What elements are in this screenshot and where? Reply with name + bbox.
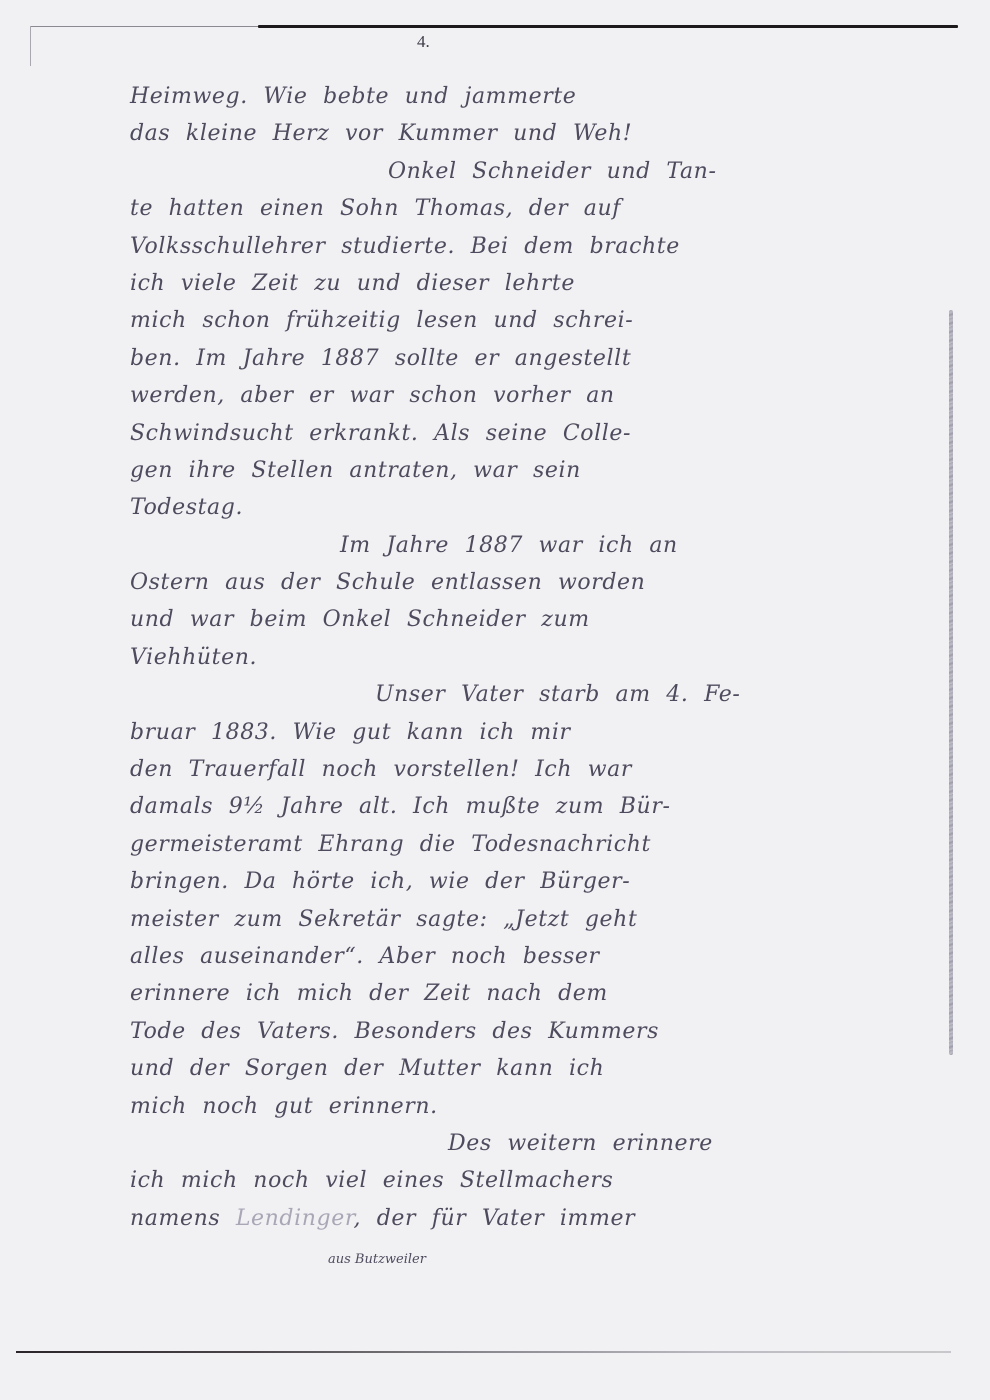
text-line: gen ihre Stellen antraten, war sein: [130, 452, 860, 489]
text-line: den Trauerfall noch vorstellen! Ich war: [130, 751, 860, 788]
text-line: erinnere ich mich der Zeit nach dem: [130, 975, 860, 1012]
text-line: mich noch gut erinnern.: [130, 1088, 860, 1125]
text-line: und war beim Onkel Schneider zum: [130, 601, 860, 638]
text-line: ben. Im Jahre 1887 sollte er angestellt: [130, 340, 860, 377]
text-fragment: , der für Vater immer: [354, 1206, 636, 1231]
page-left-rule: [30, 26, 31, 66]
binding-edge: [949, 310, 953, 1055]
text-line: ich mich noch viel eines Stellmachers: [130, 1162, 860, 1199]
text-line: Heimweg. Wie bebte und jammerte: [130, 78, 860, 115]
manuscript-body: Heimweg. Wie bebte und jammerte das klei…: [130, 78, 860, 1237]
text-line: alles auseinander“. Aber noch besser: [130, 938, 860, 975]
text-line: germeisteramt Ehrang die Todesnachricht: [130, 826, 860, 863]
text-line: Des weitern erinnere: [130, 1125, 860, 1162]
text-line-last: namens Lendinger, der für Vater immer: [130, 1200, 860, 1237]
page-top-rule: [258, 25, 958, 28]
text-line: Volksschullehrer studierte. Bei dem brac…: [130, 228, 860, 265]
text-line: Onkel Schneider und Tan-: [130, 153, 860, 190]
text-line: damals 9½ Jahre alt. Ich mußte zum Bür-: [130, 788, 860, 825]
text-line: werden, aber er war schon vorher an: [130, 377, 860, 414]
text-line: Unser Vater starb am 4. Fe-: [130, 676, 860, 713]
marginal-annotation: aus Butzweiler: [328, 1252, 426, 1267]
text-line: bringen. Da hörte ich, wie der Bürger-: [130, 863, 860, 900]
text-line: Todestag.: [130, 489, 860, 526]
text-line: Schwindsucht erkrankt. Als seine Colle-: [130, 415, 860, 452]
text-line: Tode des Vaters. Besonders des Kummers: [130, 1013, 860, 1050]
text-line: mich schon frühzeitig lesen und schrei-: [130, 302, 860, 339]
text-line: te hatten einen Sohn Thomas, der auf: [130, 190, 860, 227]
text-fragment: namens: [130, 1206, 220, 1231]
text-line: Viehhüten.: [130, 639, 860, 676]
text-line: ich viele Zeit zu und dieser lehrte: [130, 265, 860, 302]
text-line: bruar 1883. Wie gut kann ich mir: [130, 714, 860, 751]
text-line: Ostern aus der Schule entlassen worden: [130, 564, 860, 601]
faint-name: Lendinger: [236, 1206, 354, 1231]
page-top-left-rule: [30, 26, 258, 27]
page-number: 4.: [417, 32, 430, 52]
text-line: meister zum Sekretär sagte: „Jetzt geht: [130, 901, 860, 938]
text-line: Im Jahre 1887 war ich an: [130, 527, 860, 564]
page-bottom-rule: [16, 1351, 951, 1353]
text-line: das kleine Herz vor Kummer und Weh!: [130, 115, 860, 152]
text-line: und der Sorgen der Mutter kann ich: [130, 1050, 860, 1087]
